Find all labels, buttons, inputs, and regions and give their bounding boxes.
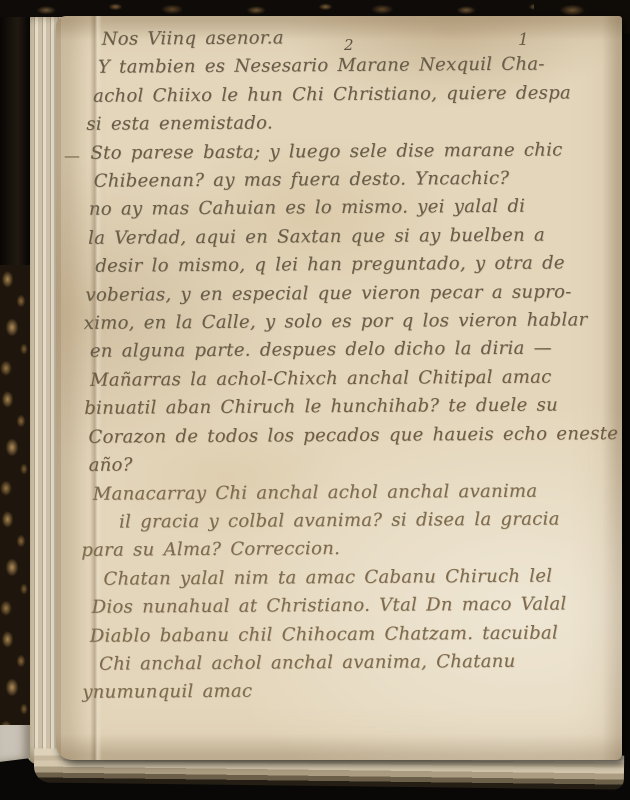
manuscript-line: Chi anchal achol anchal avanima, Chatanu	[99, 647, 614, 679]
manuscript-line: no ay mas Cahuian es lo mismo. yei yalal…	[89, 193, 611, 225]
manuscript-line: Y tambien es Nesesario Marane Nexquil Ch…	[98, 51, 610, 83]
manuscript-line: si esta enemistado.	[86, 107, 610, 139]
manuscript-line: la Verdad, aqui en Saxtan que si ay buel…	[88, 221, 611, 253]
manuscript-line: voberias, y en especial que vieron pecar…	[85, 278, 611, 310]
photo-background: 2 1 — Nos Viinq asenor.a Y tambien es Ne…	[0, 0, 630, 800]
manuscript-line: achol Chiixo le hun Chi Christiano, quie…	[93, 79, 610, 111]
manuscript-line: año?	[89, 448, 613, 480]
manuscript-line: desir lo mismo, q lei han preguntado, y …	[95, 249, 611, 281]
manuscript-line: para su Alma? Correccion.	[81, 533, 613, 565]
manuscript-line: Diablo babanu chil Chihocam Chatzam. tac…	[90, 619, 614, 651]
manuscript-line: binuatil aban Chiruch le hunchihab? te d…	[84, 391, 612, 423]
manuscript-line: Mañarras la achol-Chixch anchal Chitipal…	[90, 363, 612, 395]
manuscript-line: Sto parese basta; y luego sele dise mara…	[90, 136, 610, 168]
manuscript-line: ynumunquil amac	[82, 675, 614, 707]
manuscript-text: Nos Viinq asenor.a Y tambien es Nesesari…	[76, 22, 615, 707]
book-cover-marbled-edge	[0, 265, 30, 725]
manuscript-line: Corazon de todos los pecados que haueis …	[88, 420, 612, 452]
manuscript-line: Chatan yalal nim ta amac Cabanu Chiruch …	[103, 562, 613, 594]
manuscript-line: Manacarray Chi anchal achol anchal avani…	[93, 477, 613, 509]
manuscript-line: ximo, en la Calle, y solo es por q los v…	[84, 306, 612, 338]
manuscript-line: Dios nunahual at Christiano. Vtal Dn mac…	[92, 590, 614, 622]
manuscript-line: Chibeenan? ay mas fuera desto. Yncachic?	[94, 164, 611, 196]
book-cover-left-spine	[0, 0, 30, 280]
manuscript-line: il gracia y colbal avanima? si disea la …	[119, 505, 613, 537]
manuscript-line: Nos Viinq asenor.a	[102, 22, 610, 54]
manuscript-line: en alguna parte. despues delo dicho la d…	[90, 335, 612, 367]
manuscript-page: 2 1 — Nos Viinq asenor.a Y tambien es Ne…	[56, 16, 622, 760]
